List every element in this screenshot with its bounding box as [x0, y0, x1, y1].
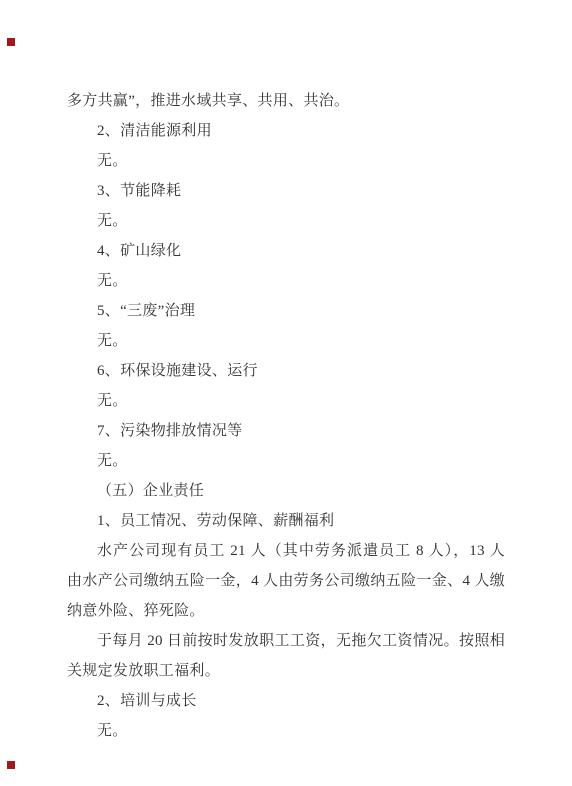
text-line: 2、清洁能源利用 [67, 116, 505, 146]
text-line: 4、矿山绿化 [67, 236, 505, 266]
text-line: 1、员工情况、劳动保障、薪酬福利 [67, 506, 505, 536]
text-line: 3、节能降耗 [67, 176, 505, 206]
text-line: 由水产公司缴纳五险一金，4 人由劳务公司缴纳五险一金、4 人缴 [67, 566, 505, 596]
text-line: 5、“三废”治理 [67, 296, 505, 326]
text-line: 多方共赢”，推进水域共享、共用、共治。 [67, 86, 505, 116]
red-mark-top-left [7, 38, 15, 46]
text-line: 关规定发放职工福利。 [67, 656, 505, 686]
text-line: 无。 [67, 146, 505, 176]
text-line: 无。 [67, 326, 505, 356]
text-line: 无。 [67, 386, 505, 416]
text-line: 无。 [67, 206, 505, 236]
document-text-block: 多方共赢”，推进水域共享、共用、共治。 2、清洁能源利用 无。 3、节能降耗 无… [67, 86, 505, 746]
text-line: 6、环保设施建设、运行 [67, 356, 505, 386]
text-line: 无。 [67, 716, 505, 746]
text-line: 水产公司现有员工 21 人（其中劳务派遣员工 8 人），13 人 [67, 536, 505, 566]
red-mark-bottom-left [7, 761, 15, 769]
text-line: 于每月 20 日前按时发放职工工资，无拖欠工资情况。按照相 [67, 626, 505, 656]
text-line: 2、培训与成长 [67, 686, 505, 716]
text-line: 7、污染物排放情况等 [67, 416, 505, 446]
document-page: 多方共赢”，推进水域共享、共用、共治。 2、清洁能源利用 无。 3、节能降耗 无… [0, 0, 572, 786]
text-line: 纳意外险、猝死险。 [67, 596, 505, 626]
text-line: 无。 [67, 266, 505, 296]
text-line: （五）企业责任 [67, 476, 505, 506]
text-line: 无。 [67, 446, 505, 476]
